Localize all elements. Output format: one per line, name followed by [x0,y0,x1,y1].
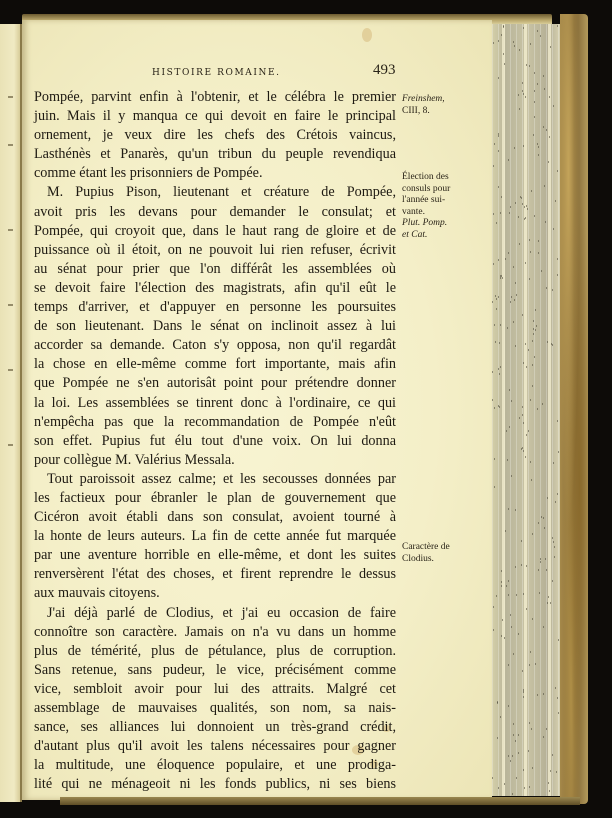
text-line: avoit pris les devans pour demander le c… [34,203,396,222]
margin-note-line: Clodius. [402,554,492,566]
text-line: M. Pupius Pison, lieutenant et créature … [34,183,396,202]
margin-note-line: Plut. Pomp. [402,218,492,230]
text-line: vice, sembloit avoir pour lui des attrai… [34,680,396,699]
text-line: accorder sa demande. Caton s'y opposa, n… [34,336,396,355]
margin-note-line: et Cat. [402,230,492,242]
text-line: d'autant plus qu'il avoit les talens néc… [34,737,396,756]
text-line: aux mauvais citoyens. [34,584,396,603]
text-line: les factieux pour ébranler le plan de go… [34,489,396,508]
text-line: Pompée, parvint enfin à l'obtenir, et le… [34,88,396,107]
text-line: comme étant les prisonniers de Pompée. [34,164,396,183]
marbled-cover [560,14,588,804]
running-head: HISTOIRE ROMAINE. [152,68,281,78]
text-line: la multitude, une éloquence populaire, e… [34,756,396,775]
text-line: J'ai déjà parlé de Clodius, et j'ai eu o… [34,604,396,623]
text-line: renversèrent l'état des choses, et firen… [34,565,396,584]
margin-note-freinshem: Freinshem,CIII, 8. [402,94,492,117]
book-scan: HISTOIRE ROMAINE. 493 Pompée, parvint en… [0,0,612,818]
text-line: sance, ses alliances lui donnoient un tr… [34,718,396,737]
text-line: pour collègue M. Valérius Messala. [34,451,396,470]
margin-note-line: Caractère de [402,542,492,554]
body-text: Pompée, parvint enfin à l'obtenir, et le… [34,88,396,794]
margin-note-line: Freinshem, [402,94,492,106]
text-line: juin. Mais il y manqua ce qui devoit en … [34,107,396,126]
facing-page-edge [0,24,22,802]
text-line: ornement, je veux dire les chefs des Cré… [34,126,396,145]
text-line: puissance où il étoit, on ne pouvoit lui… [34,241,396,260]
text-line: Tout paroissoit assez calme; et les seco… [34,470,396,489]
text-line: Cicéron avoit établi dans son consulat, … [34,508,396,527]
text-line: par une aventure horrible en elle-même, … [34,546,396,565]
margin-note-line: Élection des [402,172,492,184]
page-number: 493 [373,62,396,79]
margin-note-line: CIII, 8. [402,106,492,118]
text-line: lité qui ne ménageoit ni les fonds publi… [34,775,396,794]
text-line: la loi. Les assemblées se tinrent donc à… [34,394,396,413]
text-line: son effet. Pupius fut élu tout d'une voi… [34,432,396,451]
margin-note-election: Élection desconsuls pourl'année sui-vant… [402,172,492,241]
text-line: temps d'arriver, et d'appuyer en personn… [34,298,396,317]
margin-note-line: vante. [402,207,492,219]
text-line: de son lieutenant. Dans le sénat on incl… [34,317,396,336]
text-line: assemblage de mauvaises qualités, son no… [34,699,396,718]
text-line: que Pompée ne s'en autorisât point pour … [34,374,396,393]
margin-note-clodius: Caractère deClodius. [402,542,492,565]
text-line: Lasthénès et Panarès, qu'un tribun du pe… [34,145,396,164]
text-line: plus de témérité, plus de pétulance, plu… [34,642,396,661]
margin-note-line: consuls pour [402,184,492,196]
text-line: la honte de leurs auteurs. La fin de cet… [34,527,396,546]
text-line: connoître son caractère. Jamais on n'a v… [34,623,396,642]
text-line: Sans retenue, sans pudeur, le vice, préc… [34,661,396,680]
text-line: n'empêcha pas que la recommandation de P… [34,413,396,432]
text-line: se devoit faire l'élection des magistrat… [34,279,396,298]
text-line: la chose en elle-même comme fort importa… [34,355,396,374]
bottom-page-edge [60,797,580,805]
text-line: Pompée, qui croyoit que, dans le haut ra… [34,222,396,241]
page-block-edges [492,24,562,796]
margin-note-line: l'année sui- [402,195,492,207]
text-line: au sénat pour prier que l'on différât le… [34,260,396,279]
